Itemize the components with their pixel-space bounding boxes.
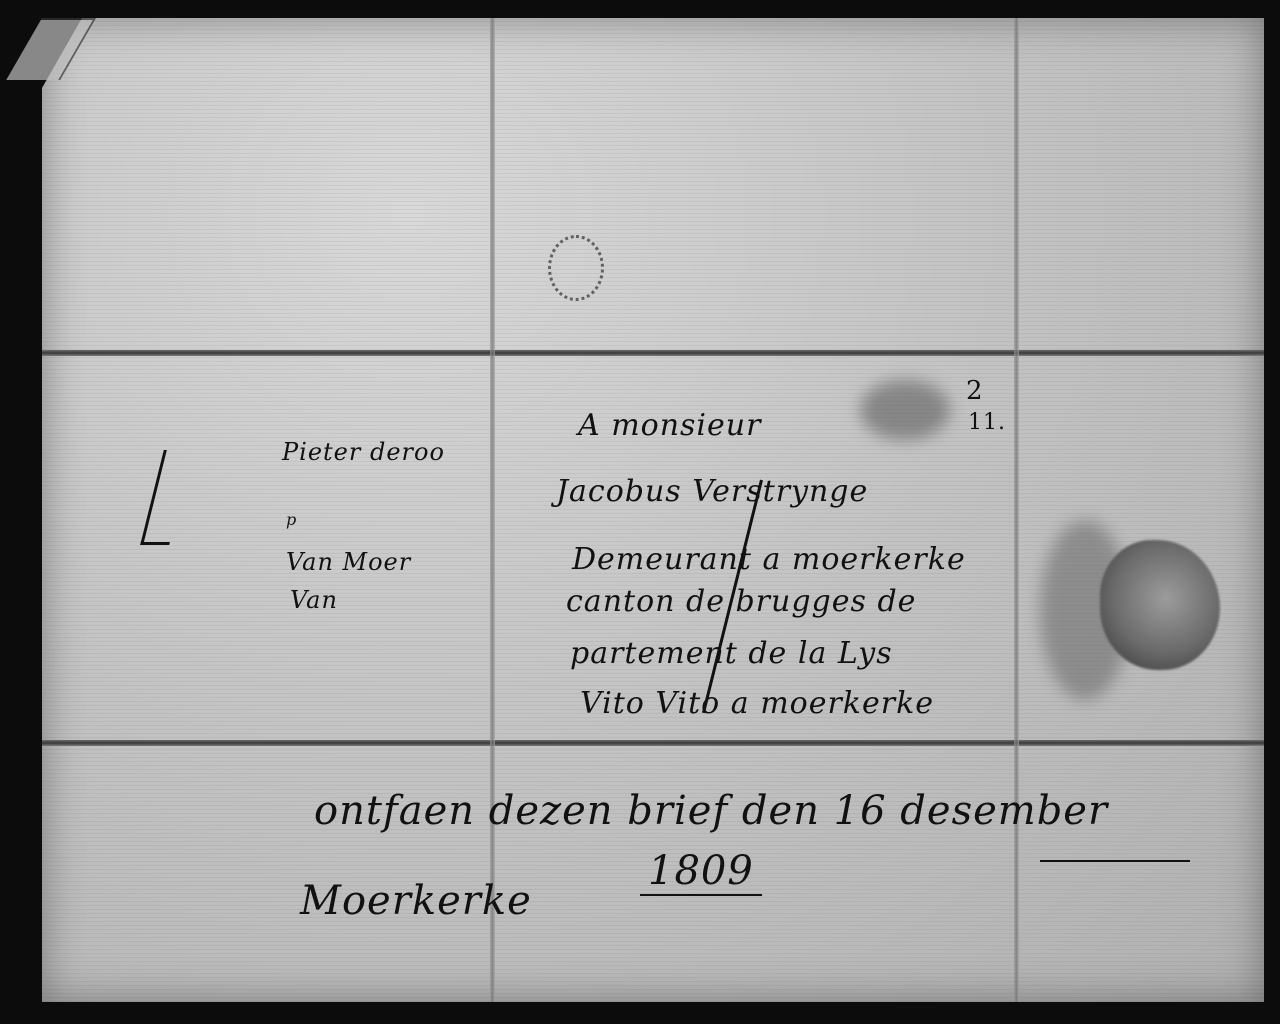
address-line-1: A monsieur bbox=[578, 408, 761, 443]
receipt-year: 1809 bbox=[640, 848, 762, 896]
address-line-6: Vito Vito a moerkerke bbox=[580, 686, 934, 721]
fold-line-right bbox=[1014, 18, 1019, 1002]
sender-line-4: Van bbox=[290, 586, 338, 614]
rate-mark-bottom: 11. bbox=[968, 410, 1006, 435]
address-line-3: Demeurant a moerkerke bbox=[572, 542, 966, 577]
fold-line-bottom bbox=[42, 740, 1264, 746]
receipt-line-1: ontfaen dezen brief den 16 desember bbox=[314, 788, 1108, 834]
address-line-2: Jacobus Verstrynge bbox=[556, 474, 868, 509]
ink-stain bbox=[860, 380, 950, 440]
address-line-5: partement de la Lys bbox=[570, 636, 893, 671]
address-line-4: canton de brugges de bbox=[566, 584, 916, 619]
receipt-flourish bbox=[1040, 860, 1190, 862]
sender-line-2: p bbox=[286, 510, 297, 529]
fold-line-top bbox=[42, 350, 1264, 356]
faint-postmark bbox=[548, 235, 604, 301]
rate-mark-top: 2 bbox=[966, 376, 984, 406]
sender-line-1: Pieter deroo bbox=[282, 438, 445, 466]
sender-line-3: Van Moer bbox=[286, 548, 411, 576]
fold-line-center bbox=[490, 18, 495, 1002]
wax-seal-remnant bbox=[1100, 540, 1220, 670]
receipt-place: Moerkerke bbox=[300, 878, 532, 924]
